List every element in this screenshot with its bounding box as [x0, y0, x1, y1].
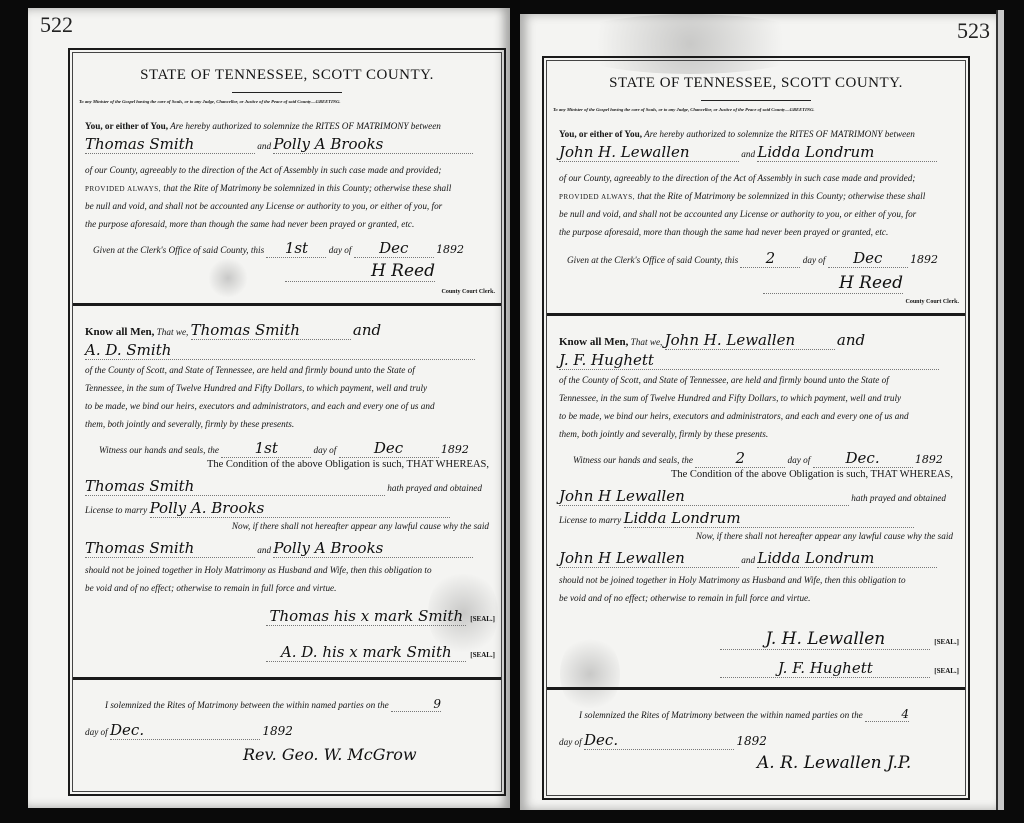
license-parties: John H. Lewallen and Lidda Londrum: [553, 143, 959, 162]
license-given-line: Given at the Clerk's Office of said Coun…: [87, 239, 495, 258]
section-divider: [73, 677, 501, 680]
officiant-signature: Rev. Geo. W. McGrow: [243, 745, 417, 764]
license-text: be null and void, and shall not be accou…: [79, 201, 495, 211]
return-month: Dec.: [110, 721, 260, 740]
bride-name: Polly A Brooks: [273, 135, 473, 154]
bond-surety: A. D. Smith: [79, 341, 495, 360]
applicant-line: John H Lewallen hath prayed and obtained: [553, 487, 959, 506]
witness-month: Dec: [339, 439, 439, 458]
return-day: 4: [865, 707, 909, 722]
bond-text: should not be joined together in Holy Ma…: [79, 565, 495, 575]
bond-text: them, both jointly and severally, firmly…: [553, 429, 959, 439]
license-text: be null and void, and shall not be accou…: [553, 209, 959, 219]
form-header: STATE OF TENNESSEE, SCOTT COUNTY.: [547, 75, 965, 92]
bond-text: to be made, we bind our heirs, executors…: [79, 401, 495, 411]
divider: [232, 92, 342, 93]
bond-intro: Know all Men, That we, Thomas Smith and: [79, 321, 495, 340]
couple-line: Thomas Smith and Polly A Brooks: [79, 539, 495, 558]
page-523: 523 STATE OF TENNESSEE, SCOTT COUNTY. To…: [520, 14, 996, 810]
return-date-line: day of Dec. 1892: [79, 721, 495, 740]
given-year: 1892: [910, 253, 938, 266]
divider: [701, 100, 811, 101]
page-edge: [996, 10, 1004, 810]
section-divider: [547, 313, 965, 316]
license-given-line: Given at the Clerk's Office of said Coun…: [561, 249, 959, 268]
couple-bride: Lidda Londrum: [757, 549, 937, 568]
license-to-marry-line: License to marry Lidda Londrum: [553, 509, 959, 528]
officiant-signature: A. R. Lewallen J.P.: [757, 753, 911, 773]
page-number: 522: [40, 12, 73, 38]
clerk-label: County Court Clerk.: [906, 299, 960, 305]
bride-name: Lidda Londrum: [757, 143, 937, 162]
clerk-signature: H Reed: [285, 261, 435, 282]
signature-row: Thomas his x mark Smith [SEAL.]: [79, 607, 495, 626]
license-text: PROVIDED ALWAYS, that the Rite of Matrim…: [79, 183, 495, 193]
return-year: 1892: [736, 734, 767, 748]
bride-name: Polly A. Brooks: [150, 499, 450, 518]
witness-year: 1892: [441, 443, 469, 456]
witness-month: Dec.: [813, 449, 913, 468]
clerk-signature-row: H Reed: [79, 261, 495, 282]
principal-signature: J. H. Lewallen: [720, 629, 930, 650]
license-text: the purpose aforesaid, more than though …: [553, 227, 959, 237]
return-day: 9: [391, 697, 441, 712]
page-522: 522 STATE OF TENNESSEE, SCOTT COUNTY. To…: [28, 8, 510, 808]
license-intro: You, or either of You, Are hereby author…: [553, 129, 959, 139]
surety-name: J. F. Hughett: [559, 351, 939, 370]
bond-text: Tennessee, in the sum of Twelve Hundred …: [79, 383, 495, 393]
marriage-record-form: STATE OF TENNESSEE, SCOTT COUNTY. To any…: [68, 48, 506, 796]
principal-name: Thomas Smith: [191, 321, 351, 340]
clerk-label: County Court Clerk.: [442, 289, 496, 295]
given-month: Dec: [354, 239, 434, 258]
bond-text: them, both jointly and severally, firmly…: [79, 419, 495, 429]
license-intro: You, or either of You, Are hereby author…: [79, 121, 495, 131]
witness-day: 2: [695, 449, 785, 468]
bond-surety: J. F. Hughett: [553, 351, 959, 370]
marriage-record-form: STATE OF TENNESSEE, SCOTT COUNTY. To any…: [542, 56, 970, 800]
given-day: 1st: [266, 239, 326, 258]
greeting-text: To any Minister of the Gospel having the…: [547, 107, 965, 112]
license-parties: Thomas Smith and Polly A Brooks: [79, 135, 495, 154]
couple-bride: Polly A Brooks: [273, 539, 473, 558]
applicant-name: Thomas Smith: [85, 477, 385, 496]
given-year: 1892: [436, 243, 464, 256]
bond-text: be void and of no effect; otherwise to r…: [79, 583, 495, 593]
page-number: 523: [957, 18, 990, 44]
greeting-text: To any Minister of the Gospel having the…: [73, 99, 501, 104]
license-text: PROVIDED ALWAYS, that the Rite of Matrim…: [553, 191, 959, 201]
book-spine: [510, 0, 520, 823]
couple-groom: Thomas Smith: [85, 539, 255, 558]
bride-name: Lidda Londrum: [624, 509, 914, 528]
bond-text: Now, if there shall not hereafter appear…: [553, 531, 959, 541]
surety-signature: J. F. Hughett: [720, 659, 930, 678]
witness-day: 1st: [221, 439, 311, 458]
signature-row: A. D. his x mark Smith [SEAL.]: [79, 643, 495, 662]
condition-text: The Condition of the above Obligation is…: [79, 459, 495, 470]
condition-text: The Condition of the above Obligation is…: [553, 469, 959, 480]
section-divider: [547, 687, 965, 690]
officiant-row: A. R. Lewallen J.P.: [757, 753, 959, 773]
bond-text: should not be joined together in Holy Ma…: [553, 575, 959, 585]
principal-name: John H. Lewallen: [665, 331, 835, 350]
given-month: Dec: [828, 249, 908, 268]
surety-signature: A. D. his x mark Smith: [266, 643, 466, 662]
return-year: 1892: [262, 724, 293, 738]
license-text: of our County, agreeably to the directio…: [553, 173, 959, 183]
bond-text: of the County of Scott, and State of Ten…: [553, 375, 959, 385]
surety-name: A. D. Smith: [85, 341, 475, 360]
witness-year: 1892: [915, 453, 943, 466]
given-day: 2: [740, 249, 800, 268]
bond-intro: Know all Men, That we, John H. Lewallen …: [553, 331, 959, 350]
signature-row: J. F. Hughett [SEAL.]: [553, 659, 959, 678]
return-month: Dec.: [584, 731, 734, 750]
license-text: the purpose aforesaid, more than though …: [79, 219, 495, 229]
couple-line: John H Lewallen and Lidda Londrum: [553, 549, 959, 568]
return-date-line: day of Dec. 1892: [553, 731, 959, 750]
section-divider: [73, 303, 501, 306]
bond-text: be void and of no effect; otherwise to r…: [553, 593, 959, 603]
witness-line: Witness our hands and seals, the 1st day…: [93, 439, 495, 458]
couple-groom: John H Lewallen: [559, 549, 739, 568]
signature-row: J. H. Lewallen [SEAL.]: [553, 629, 959, 650]
bond-text: Now, if there shall not hereafter appear…: [79, 521, 495, 531]
return-line: I solemnized the Rites of Matrimony betw…: [99, 697, 495, 712]
groom-name: John H. Lewallen: [559, 143, 739, 162]
license-to-marry-line: License to marry Polly A. Brooks: [79, 499, 495, 518]
bond-text: of the County of Scott, and State of Ten…: [79, 365, 495, 375]
officiant-row: Rev. Geo. W. McGrow: [243, 745, 495, 765]
principal-signature: Thomas his x mark Smith: [266, 607, 466, 626]
clerk-signature: H Reed: [763, 273, 903, 294]
form-header: STATE OF TENNESSEE, SCOTT COUNTY.: [73, 67, 501, 84]
applicant-name: John H Lewallen: [559, 487, 849, 506]
bond-text: Tennessee, in the sum of Twelve Hundred …: [553, 393, 959, 403]
applicant-line: Thomas Smith hath prayed and obtained: [79, 477, 495, 496]
clerk-signature-row: H Reed: [553, 273, 959, 294]
bond-text: to be made, we bind our heirs, executors…: [553, 411, 959, 421]
license-text: of our County, agreeably to the directio…: [79, 165, 495, 175]
return-line: I solemnized the Rites of Matrimony betw…: [573, 707, 959, 722]
witness-line: Witness our hands and seals, the 2 day o…: [567, 449, 959, 468]
groom-name: Thomas Smith: [85, 135, 255, 154]
